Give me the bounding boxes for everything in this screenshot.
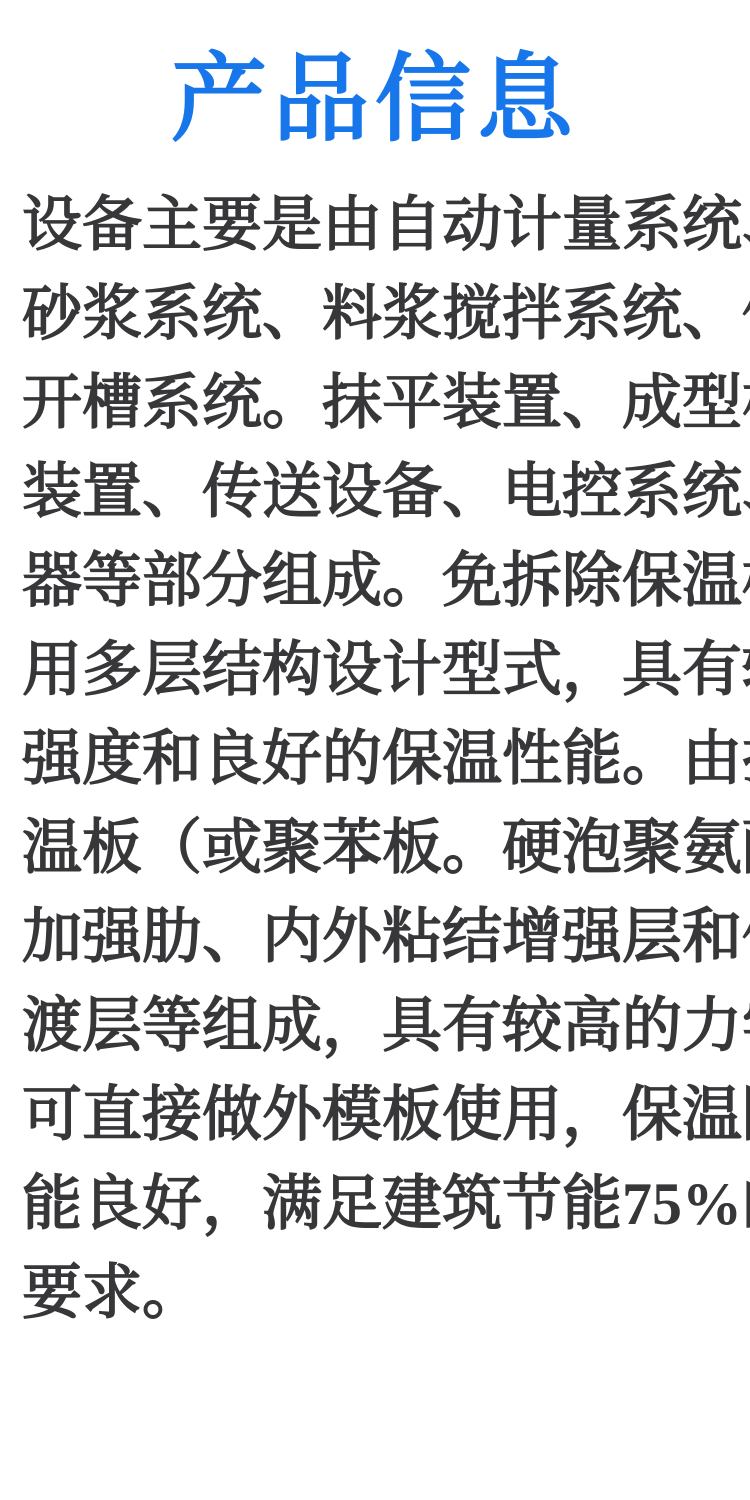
description-line: 强度和良好的保温性能。由挤塑保 [22,715,728,804]
description-line: 要求。 [22,1249,728,1338]
description-line: 可直接做外模板使用，保温隔热性 [22,1071,728,1160]
description-line: 渡层等组成，具有较高的力学强度， [22,982,728,1071]
product-info-section: 产品信息 设备主要是由自动计量系统、干粉 砂浆系统、料浆搅拌系统、保温板 开槽系… [0,0,750,1500]
description-line: 温板（或聚苯板。硬泡聚氨酯/）、 [22,804,728,893]
description-line: 能良好，满足建筑节能75%的标准 [22,1160,728,1249]
description-line: 器等部分组成。免拆除保温模板采 [22,537,728,626]
description-line: 用多层结构设计型式，具有较高的 [22,626,728,715]
product-description: 设备主要是由自动计量系统、干粉 砂浆系统、料浆搅拌系统、保温板 开槽系统。抹平装… [0,181,750,1338]
description-line: 装置、传送设备、电控系统、除尘 [22,448,728,537]
description-line: 砂浆系统、料浆搅拌系统、保温板 [22,270,728,359]
description-line: 开槽系统。抹平装置、成型板码垛 [22,359,728,448]
description-line: 设备主要是由自动计量系统、干粉 [22,181,728,270]
section-title: 产品信息 [0,0,750,155]
description-line: 加强肋、内外粘结增强层和保温过 [22,893,728,982]
